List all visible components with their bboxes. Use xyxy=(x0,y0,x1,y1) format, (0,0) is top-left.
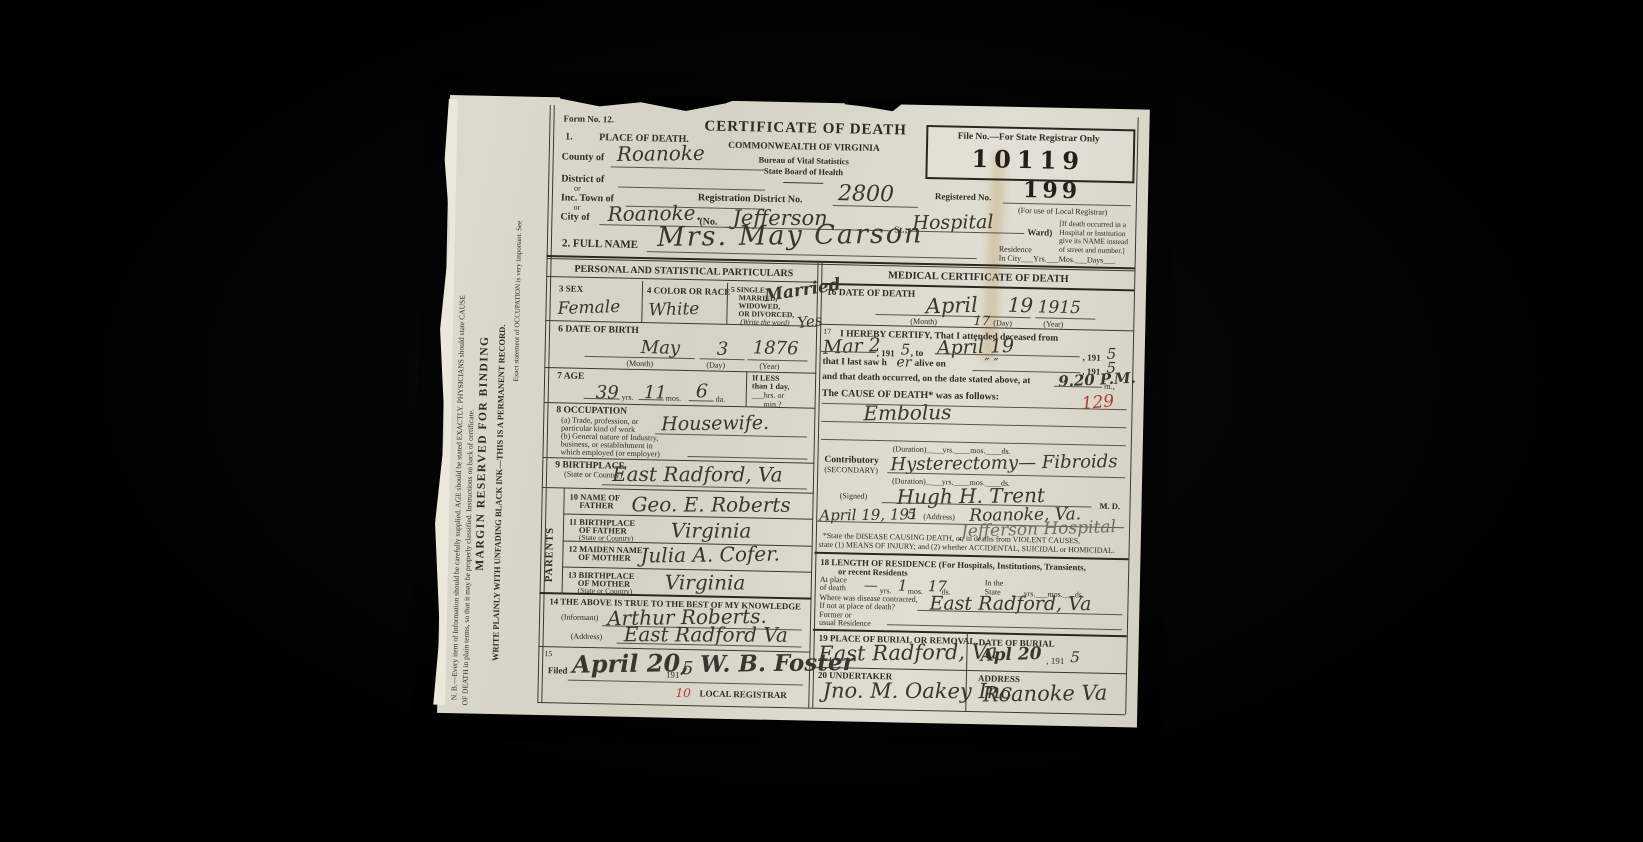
full-name-label: 2. FULL NAME xyxy=(562,237,638,251)
county-value: Roanoke xyxy=(617,141,705,166)
former-line2: usual Residence xyxy=(819,618,871,628)
cause-red-code: 129 xyxy=(1081,391,1115,414)
death-certificate-paper: N. B.—Every item of Information should b… xyxy=(437,95,1150,728)
commonwealth-line: COMMONWEALTH OF VIRGINIA xyxy=(704,140,904,154)
or-label-2: or xyxy=(574,203,581,212)
district-label: District of xyxy=(561,173,604,185)
death-occurred-text: and that death occurred, on the date sta… xyxy=(822,372,1030,386)
residence-line: In City___Yrs.___Mos.___Days___ xyxy=(999,254,1116,265)
file-number-value: 10119 xyxy=(930,143,1126,176)
certify-to-label: , to xyxy=(911,349,924,359)
certify-to-year-printed: , 191 xyxy=(1083,352,1101,362)
form-right-border xyxy=(1125,117,1139,714)
header-small-rule xyxy=(783,182,823,184)
age-subcell-divider xyxy=(746,371,748,406)
dod-day-sub: (Day) xyxy=(993,318,1012,327)
dob-year-value: 1876 xyxy=(753,337,799,359)
registered-no-label: Registered No. xyxy=(935,191,992,202)
father-bp-value: Virginia xyxy=(671,518,752,542)
or-label-1: or xyxy=(574,184,581,193)
registration-district-rule xyxy=(833,205,918,208)
dod-year-sub: (Year) xyxy=(1043,319,1063,328)
filed-item-number: 15 xyxy=(544,649,552,658)
registered-no-value: 199 xyxy=(1023,177,1081,204)
undertaker-addr-value: Roanoke Va xyxy=(982,681,1107,707)
burial-place-value: East Radford, Va xyxy=(818,639,997,665)
dob-month-value: May xyxy=(641,337,681,359)
age-years-label: yrs. xyxy=(622,393,634,402)
county-label: County of xyxy=(562,151,605,163)
dod-day-value: 19 xyxy=(1007,293,1033,318)
margin-write-plainly-label: WRITE PLAINLY WITH UNFADING BLACK INK—TH… xyxy=(490,331,507,661)
at-place-mos-value: 1 xyxy=(898,576,908,594)
date-of-death-label: 16 DATE OF DEATH xyxy=(827,288,915,300)
full-name-value: Mrs. May Carson xyxy=(657,218,924,253)
marital-word-value: Yes xyxy=(796,311,823,332)
last-saw-her: er xyxy=(896,354,911,370)
age-days-label: da. xyxy=(716,395,726,404)
at-place-line2: of death xyxy=(820,583,846,593)
certify-item-number: 17 xyxy=(823,327,831,336)
mother-bp-value: Virginia xyxy=(665,570,746,594)
registration-district-label: Registration District No. xyxy=(698,192,803,205)
former-rule xyxy=(887,624,1122,630)
ward-label: Ward) xyxy=(1027,227,1052,238)
occupation-a-rule xyxy=(655,433,807,437)
contributory-value: Hysterectomy— Fibroids xyxy=(890,451,1117,475)
alive-on-label: alive on xyxy=(914,359,946,370)
filed-rule xyxy=(568,680,803,686)
in-state-line1: In the xyxy=(985,578,1004,587)
form-left-border xyxy=(537,105,555,702)
sex-race-divider xyxy=(641,281,643,322)
father-name-value: Geo. E. Roberts xyxy=(631,492,790,517)
dod-year-value: 1915 xyxy=(1037,297,1081,318)
secondary-label: (SECONDARY) xyxy=(824,465,878,475)
filed-year-value: 5 xyxy=(682,658,694,679)
filed-year-printed: 191 xyxy=(666,670,680,680)
margin-note-line3: Exact statement of OCCUPATION is very im… xyxy=(512,131,525,381)
place-item-number: 1. xyxy=(565,131,573,142)
signed-date-tail: 5 xyxy=(907,507,916,523)
md-label: M. D. xyxy=(1099,501,1120,511)
registered-no-sub: (For use of Local Registrar) xyxy=(993,205,1133,217)
registration-district-value: 2800 xyxy=(838,181,895,207)
alive-ditto-marks: ″ ″ xyxy=(984,356,998,371)
signed-addr-label: (Address) xyxy=(923,512,955,522)
hospital-instruction-note: [If death occurred in a Hospital or Inst… xyxy=(1059,220,1136,256)
age-days-value: 6 xyxy=(696,380,709,402)
local-registrar-label: LOCAL REGISTRAR xyxy=(699,688,786,700)
age-months-label: mos. xyxy=(666,394,682,403)
certify-from-date: Mar 2 xyxy=(822,334,881,359)
mother-name-value: Julia A. Cofer. xyxy=(640,542,780,568)
race-label: 4 COLOR OR RACE xyxy=(647,285,730,297)
parents-vertical-label: PARENTS xyxy=(544,502,557,582)
dob-day-sub: (Day) xyxy=(706,360,725,369)
burial-year-value: 5 xyxy=(1070,648,1080,666)
dob-label: 6 DATE OF BIRTH xyxy=(558,324,639,336)
torn-edge-top xyxy=(560,94,740,112)
district-rule xyxy=(618,187,765,191)
at-place-yrs-value: — xyxy=(864,578,878,594)
form-number: Form No. 12. xyxy=(563,113,614,124)
last-saw-text: that I last saw h xyxy=(822,357,887,368)
informant-label: (Informant) xyxy=(561,612,599,622)
dob-year-sub: (Year) xyxy=(759,362,779,371)
town-label: Inc. Town of xyxy=(561,192,614,204)
signed-label: (Signed) xyxy=(840,491,868,501)
informant-addr-label: (Address) xyxy=(571,632,603,642)
occupation-a-value: Housewife. xyxy=(661,412,769,436)
occupation-b-rule xyxy=(687,456,807,460)
burial-year-printed: , 191 xyxy=(1046,656,1064,666)
sex-value: Female xyxy=(557,297,620,319)
torn-edge-top-right xyxy=(845,100,905,111)
registrar-red-mark: 10 xyxy=(675,686,691,700)
birthplace-value: East Radford, Va xyxy=(612,462,783,487)
mother-name-label2: OF MOTHER xyxy=(578,552,631,563)
father-name-label2: FATHER xyxy=(579,500,613,511)
time-m-label: m., xyxy=(1104,381,1115,391)
photo-background: N. B.—Every item of Information should b… xyxy=(0,0,1643,842)
dob-day-value: 3 xyxy=(717,339,729,360)
city-label: City of xyxy=(560,211,589,223)
certificate-title: CERTIFICATE OF DEATH xyxy=(704,118,904,139)
certify-from-year-printed: , 191 xyxy=(877,348,895,358)
age-label: 7 AGE xyxy=(557,371,584,382)
age-years-value: 39 xyxy=(596,382,619,403)
filed-label: Filed xyxy=(548,665,568,675)
sex-label: 3 SEX xyxy=(559,283,583,294)
race-marital-divider xyxy=(726,283,728,324)
race-value: White xyxy=(648,299,699,321)
dob-month-sub: (Month) xyxy=(626,359,653,369)
burial-date-value: Apl 20 xyxy=(980,644,1042,666)
